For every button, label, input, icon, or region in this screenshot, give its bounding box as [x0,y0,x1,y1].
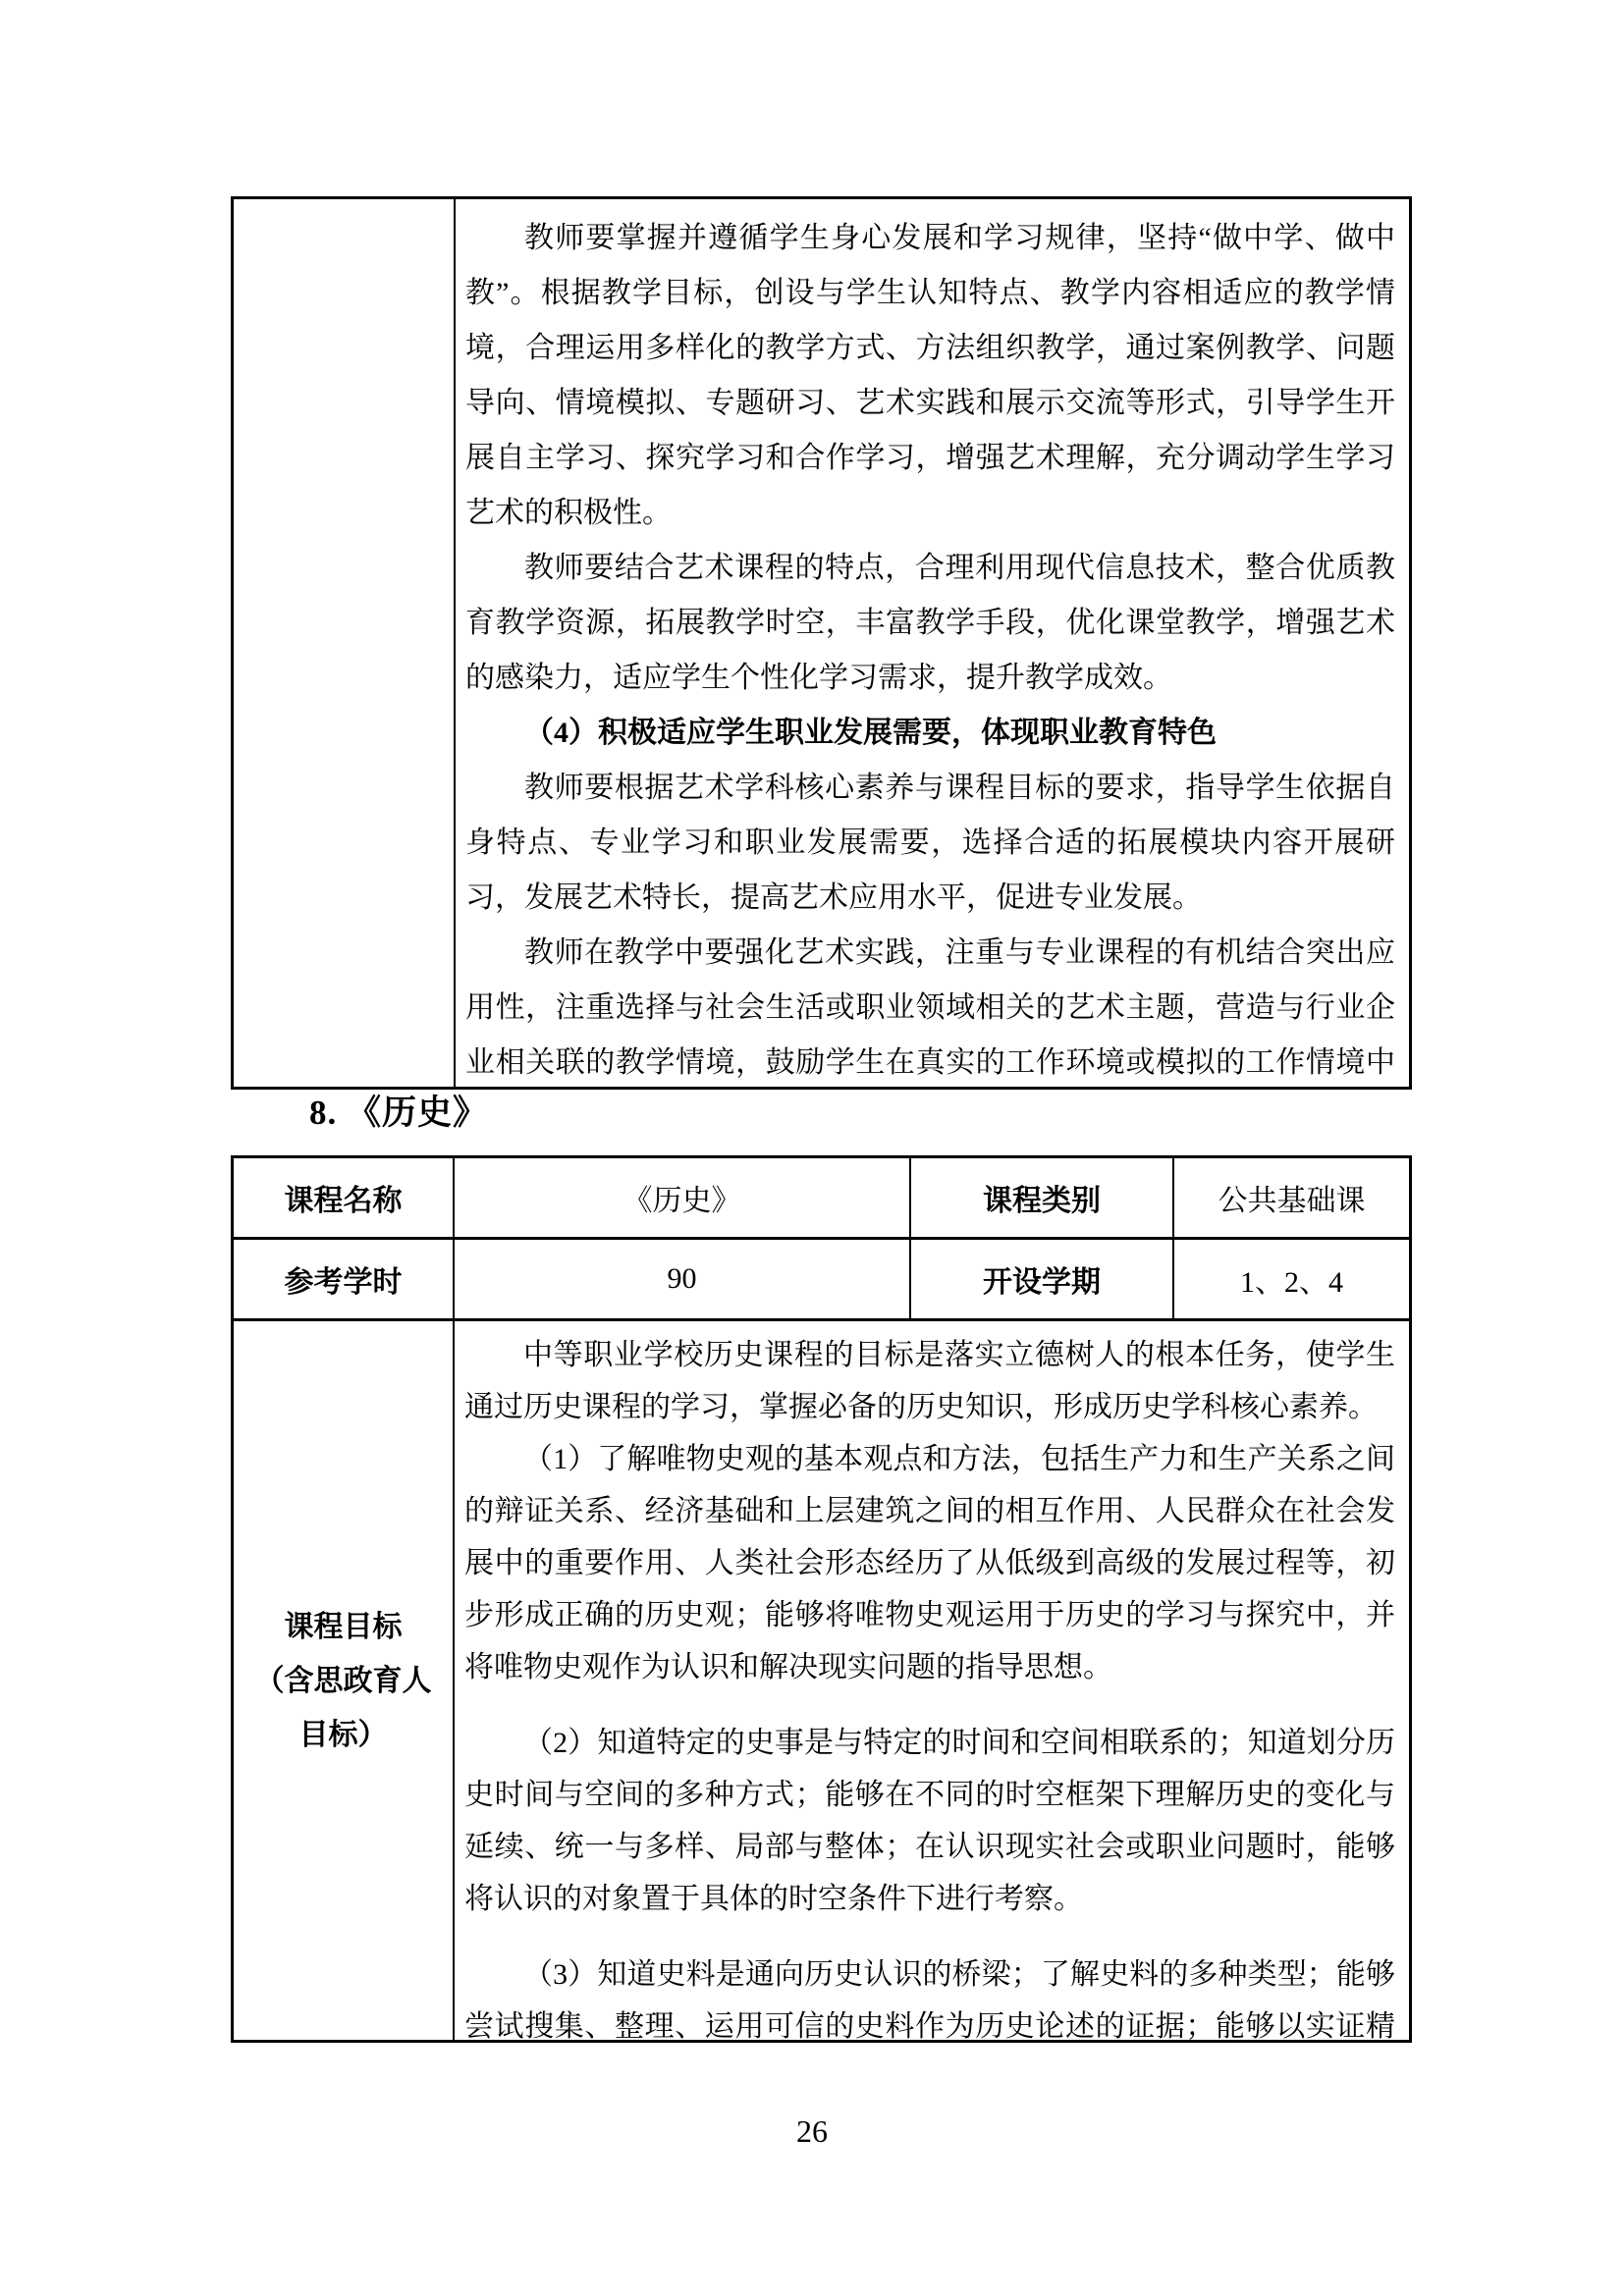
course-goals-row: 课程目标（含思政育人目标） 中等职业学校历史课程的目标是落实立德树人的根本任务，… [234,1321,1409,2040]
teaching-guidance-text-cell: 教师要掌握并遵循学生身心发展和学习规律，坚持“做中学、做中教”。根据教学目标，创… [456,199,1409,1087]
reference-hours-row: 参考学时 90 开设学期 1、2、4 [234,1240,1409,1321]
art-teaching-guidance-table: 教师要掌握并遵循学生身心发展和学习规律，坚持“做中学、做中教”。根据教学目标，创… [231,196,1412,1090]
section-heading: 8. 《历史》 [309,1092,488,1135]
paragraph: （4）积极适应学生职业发展需要，体现职业教育特色 [465,706,1395,761]
course-category-label: 课程类别 [911,1158,1174,1237]
semester-value: 1、2、4 [1174,1240,1409,1318]
paragraph: 教师要结合艺术课程的特点，合理利用现代信息技术，整合优质教育教学资源，拓展教学时… [465,541,1395,706]
semester-label: 开设学期 [911,1240,1174,1318]
paragraph: （1）了解唯物史观的基本观点和方法，包括生产力和生产关系之间的辩证关系、经济基础… [464,1433,1395,1693]
label-line: 目标） [299,1708,388,1762]
page-number: 26 [0,2113,1624,2150]
paragraph: 教师在教学中要强化艺术实践，注重与专业课程的有机结合突出应用性，注重选择与社会生… [465,926,1395,1087]
course-name-row: 课程名称 《历史》 课程类别 公共基础课 [234,1158,1409,1240]
reference-hours-label: 参考学时 [234,1240,455,1318]
paragraph: （3）知道史料是通向历史认识的桥梁；了解史料的多种类型；能够尝试搜集、整理、运用… [464,1949,1395,2040]
course-name-value: 《历史》 [455,1158,911,1237]
paragraph: 教师要根据艺术学科核心素养与课程目标的要求，指导学生依据自身特点、专业学习和职业… [465,761,1395,926]
label-line: （含思政育人 [255,1654,432,1708]
course-goals-label: 课程目标（含思政育人目标） [234,1321,455,2040]
document-page: 教师要掌握并遵循学生身心发展和学习规律，坚持“做中学、做中教”。根据教学目标，创… [0,0,1624,2296]
paragraph: 中等职业学校历史课程的目标是落实立德树人的根本任务，使学生通过历史课程的学习，掌… [464,1329,1395,1433]
history-course-table: 课程名称 《历史》 课程类别 公共基础课 参考学时 90 开设学期 1、2、4 … [231,1155,1412,2043]
course-category-value: 公共基础课 [1174,1158,1409,1237]
paragraph: 教师要掌握并遵循学生身心发展和学习规律，坚持“做中学、做中教”。根据教学目标，创… [465,211,1395,541]
paragraph: （2）知道特定的史事是与特定的时间和空间相联系的；知道划分历史时间与空间的多种方… [464,1717,1395,1925]
label-line: 课程目标 [285,1600,403,1654]
course-name-label: 课程名称 [234,1158,455,1237]
course-goals-content: 中等职业学校历史课程的目标是落实立德树人的根本任务，使学生通过历史课程的学习，掌… [455,1321,1409,2040]
empty-row-label-cell [234,199,456,1087]
reference-hours-value: 90 [455,1240,911,1318]
